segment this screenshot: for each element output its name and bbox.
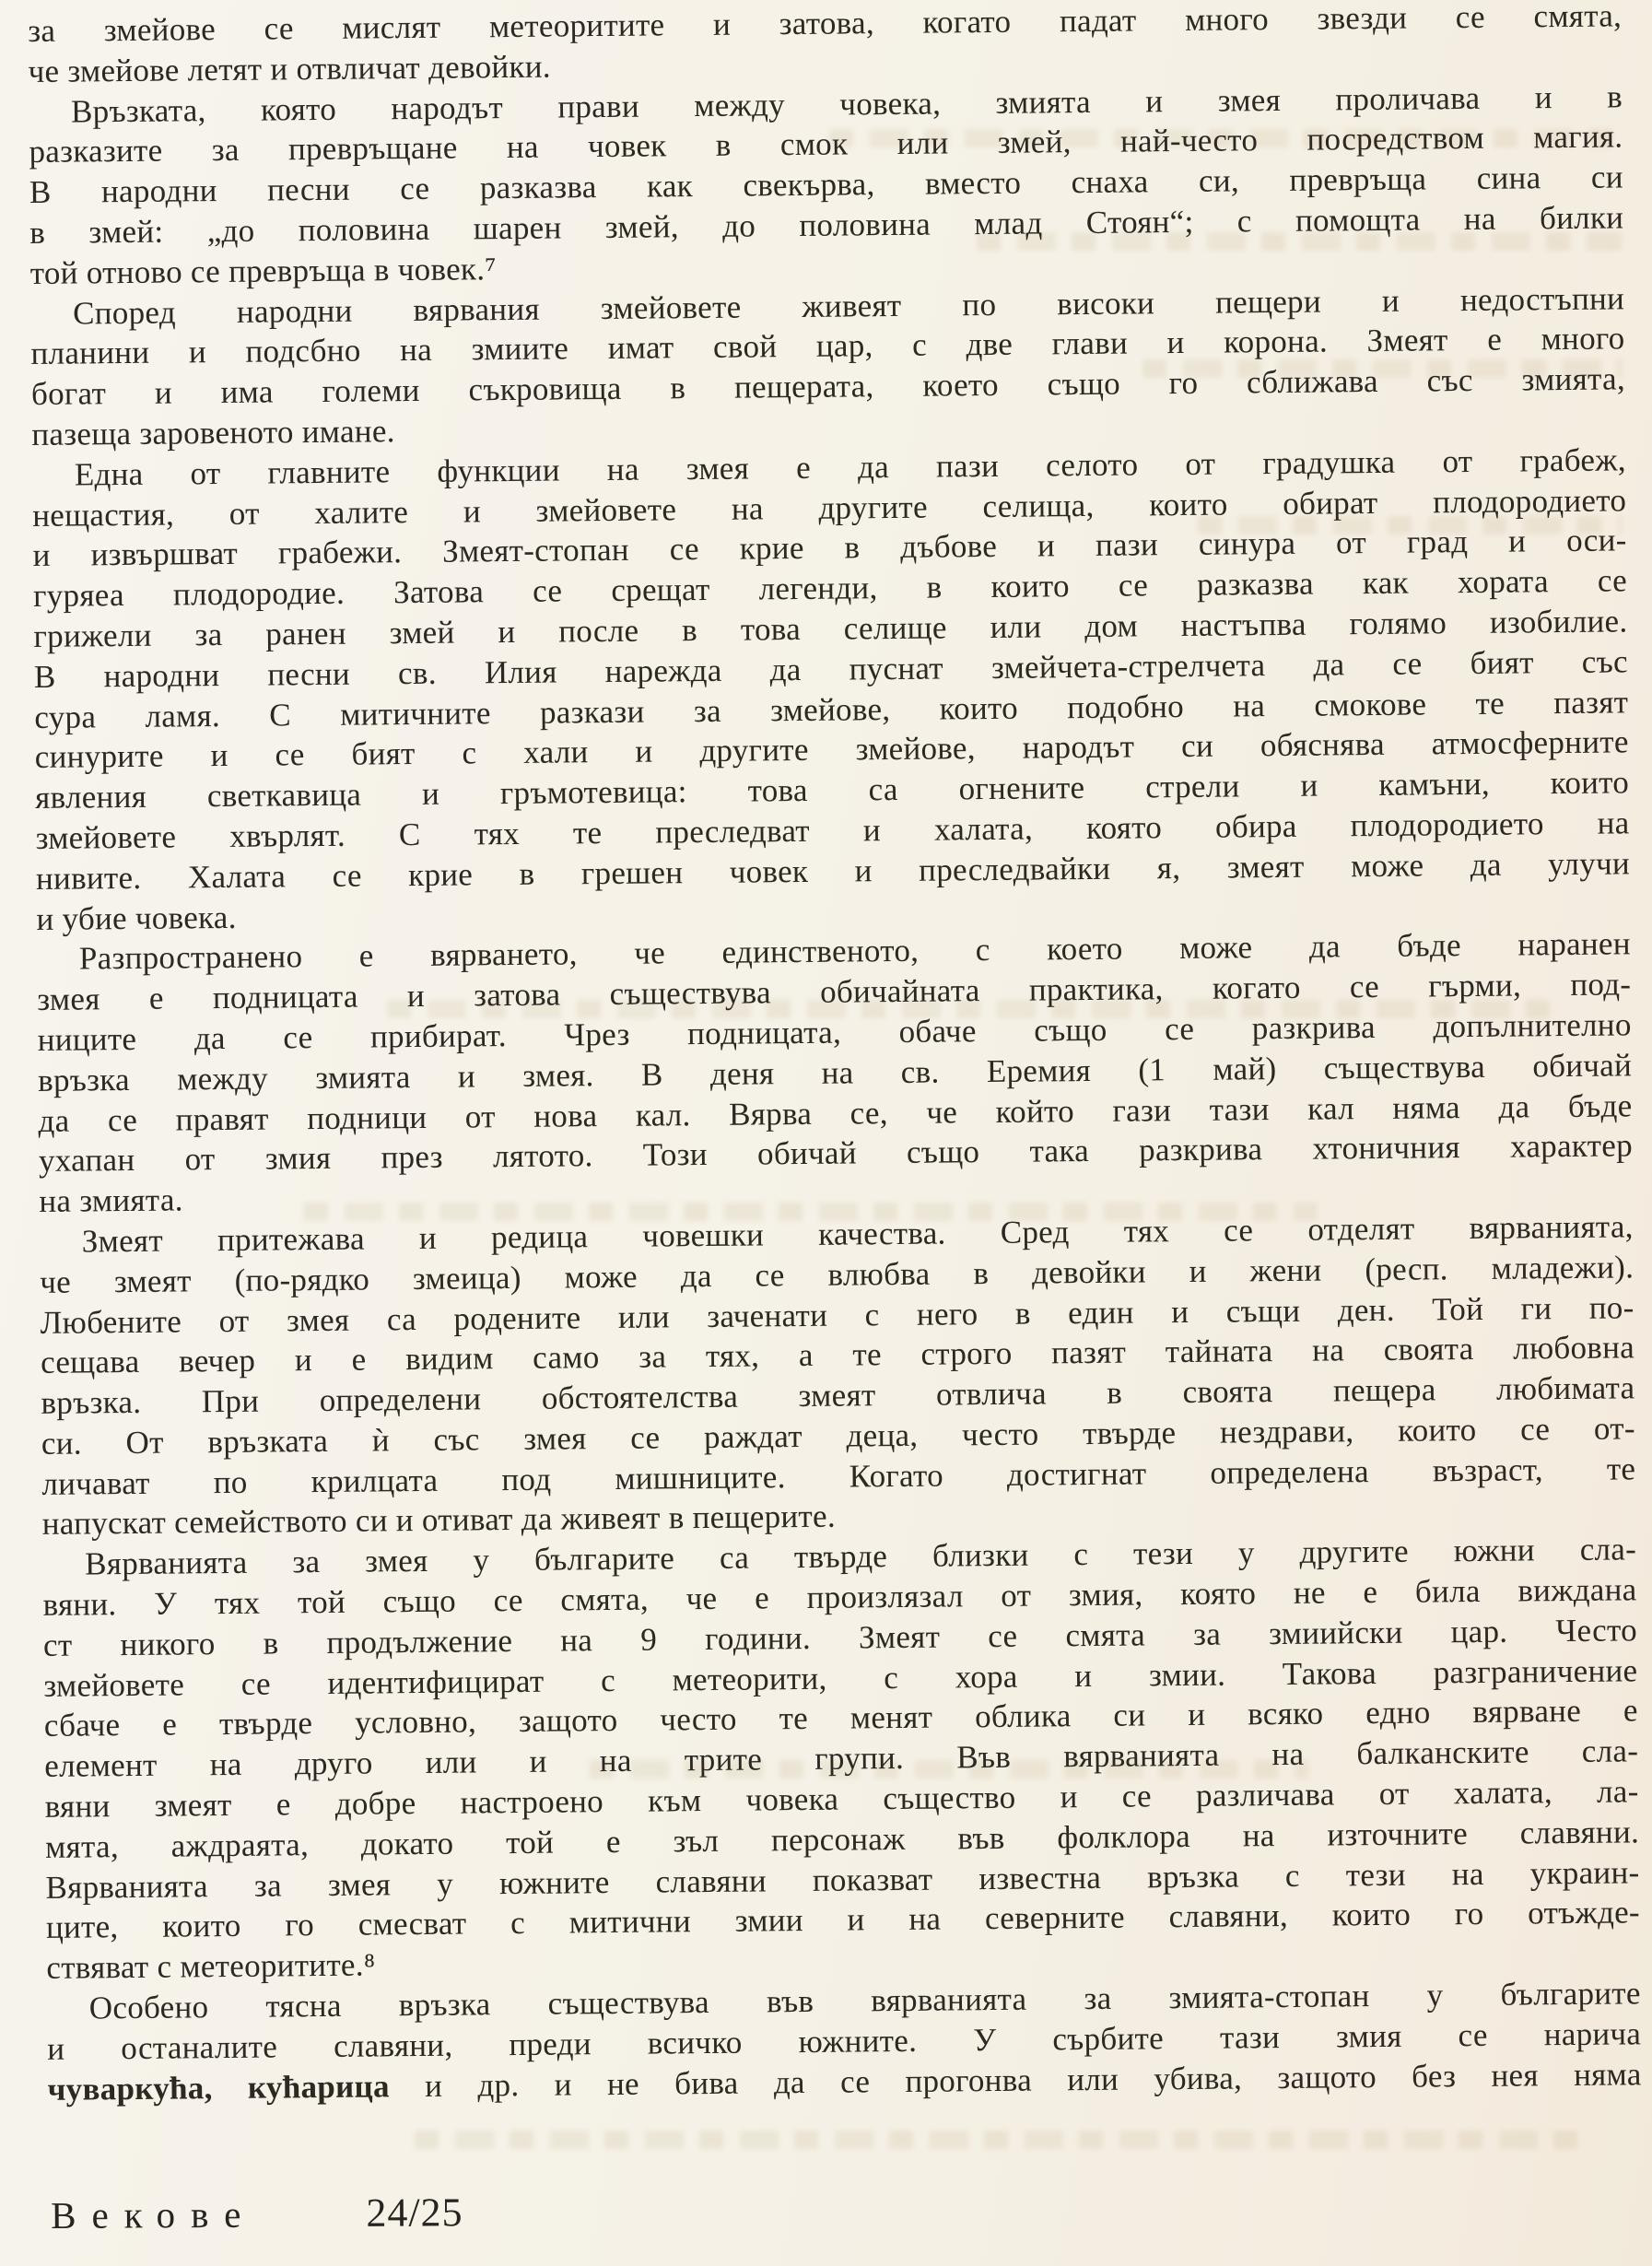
body-text: за змейове се мислят метеоритите и затов… <box>28 0 1642 2109</box>
journal-title: Векове <box>51 2192 256 2237</box>
scanned-page: за змейове се мислят метеоритите и затов… <box>0 0 1652 2266</box>
bold-term: чуваркућа, кућарица <box>47 2068 389 2107</box>
page-footer: Векове 24/25 <box>51 2187 880 2238</box>
bleedthrough-ghost <box>415 2131 1594 2149</box>
page-number: 24/25 <box>366 2189 463 2237</box>
